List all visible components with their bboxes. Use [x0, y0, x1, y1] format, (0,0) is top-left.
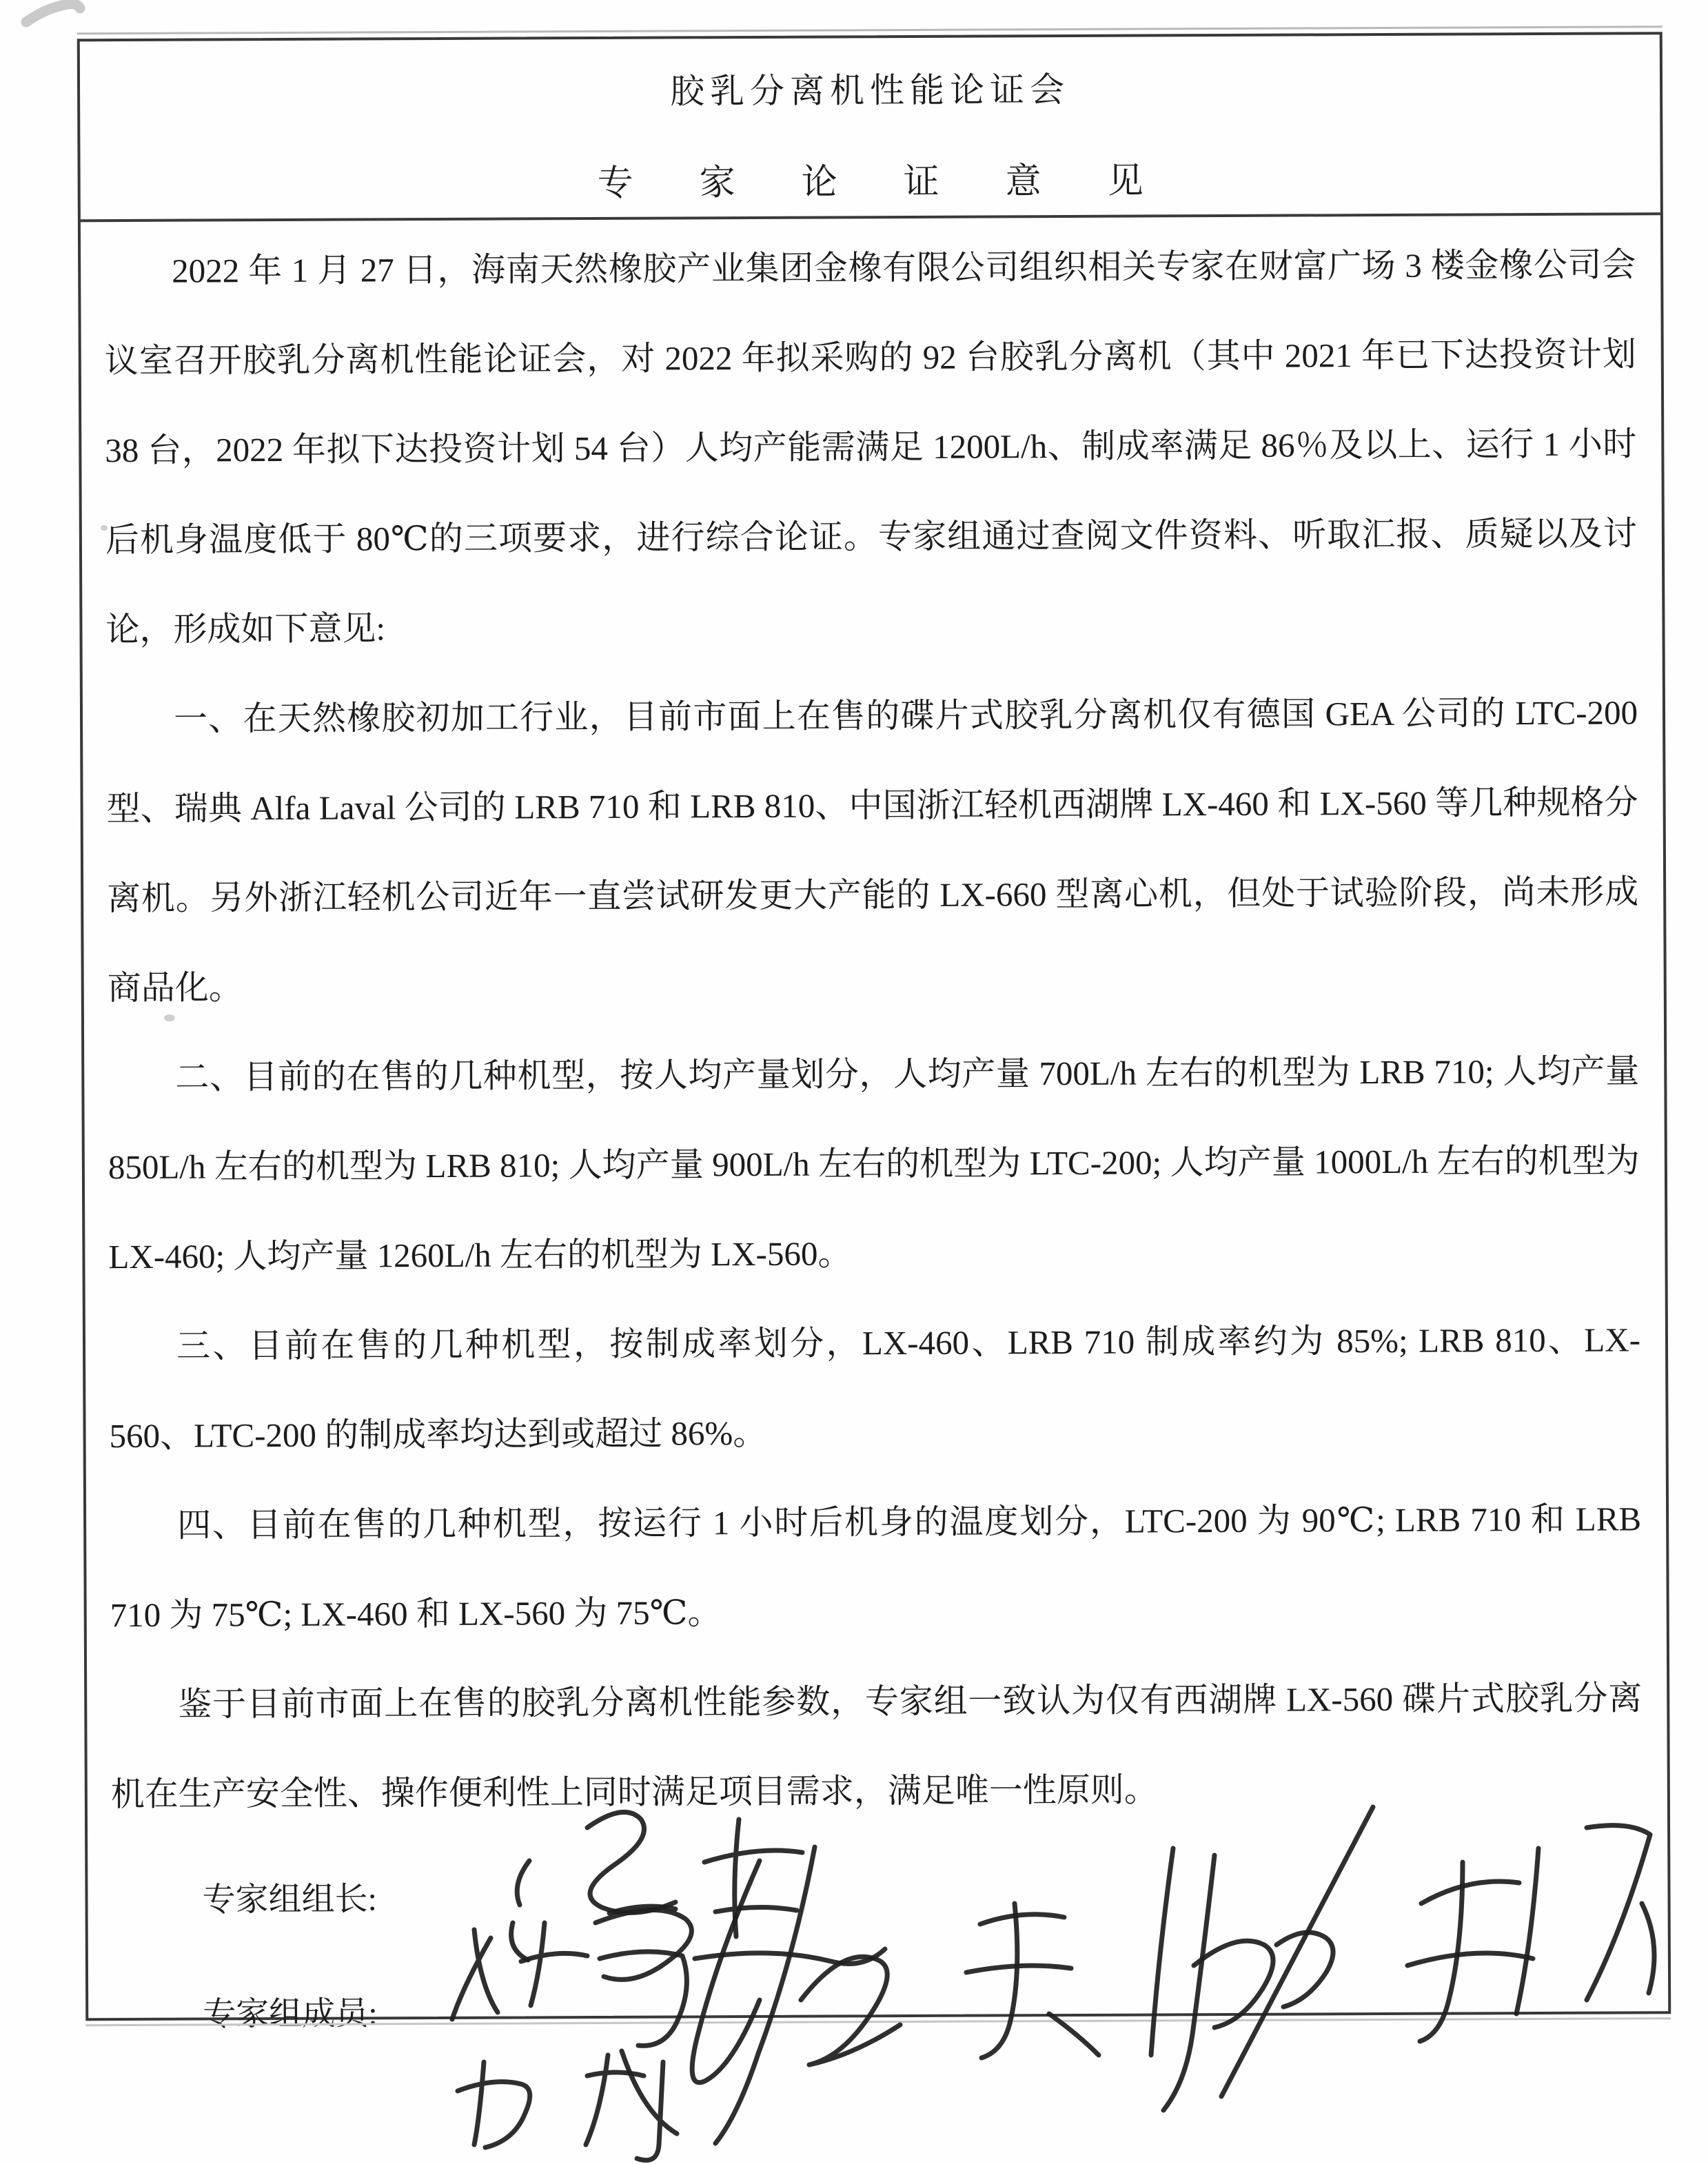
leader-signature-label: 专家组组长:: [202, 1872, 377, 1920]
signature-member-6: [458, 2051, 677, 2161]
page-title: 胶乳分离机性能论证会: [80, 34, 1660, 116]
paragraph-item-1: 一、在天然橡胶初加工行业，目前市面上在售的碟片式胶乳分离机仅有德国 GEA 公司…: [106, 668, 1639, 1033]
scan-speck: [101, 525, 108, 531]
paragraph-item-2: 二、目前的在售的几种机型，按人均产量划分，人均产量 700L/h 左右的机型为 …: [108, 1026, 1640, 1302]
document-header: 胶乳分离机性能论证会 专家论证意见: [80, 34, 1660, 222]
members-signature-label: 专家组成员:: [203, 1986, 378, 2034]
document-subtitle: 专家论证意见: [80, 149, 1660, 207]
pen-mark: [26, 4, 80, 22]
scanned-page: 胶乳分离机性能论证会 专家论证意见 2022 年 1 月 27 日，海南天然橡胶…: [0, 0, 1708, 2164]
paragraph-intro: 2022 年 1 月 27 日，海南天然橡胶产业集团金橡有限公司组织相关专家在财…: [104, 220, 1638, 675]
paragraph-conclusion: 鉴于目前市面上在售的胶乳分离机性能参数，专家组一致认为仅有西湖牌 LX-560 …: [110, 1653, 1643, 1839]
scan-speck: [164, 1014, 175, 1021]
document-border-box: 胶乳分离机性能论证会 专家论证意见 2022 年 1 月 27 日，海南天然橡胶…: [77, 32, 1671, 2021]
paragraph-item-3: 三、目前在售的几种机型，按制成率划分，LX-460、LRB 710 制成率约为 …: [109, 1295, 1641, 1481]
document-body: 2022 年 1 月 27 日，海南天然橡胶产业集团金橡有限公司组织相关专家在财…: [81, 215, 1667, 1839]
paragraph-item-4: 四、目前在售的几种机型，按运行 1 小时后机身的温度划分，LTC-200 为 9…: [110, 1474, 1642, 1660]
